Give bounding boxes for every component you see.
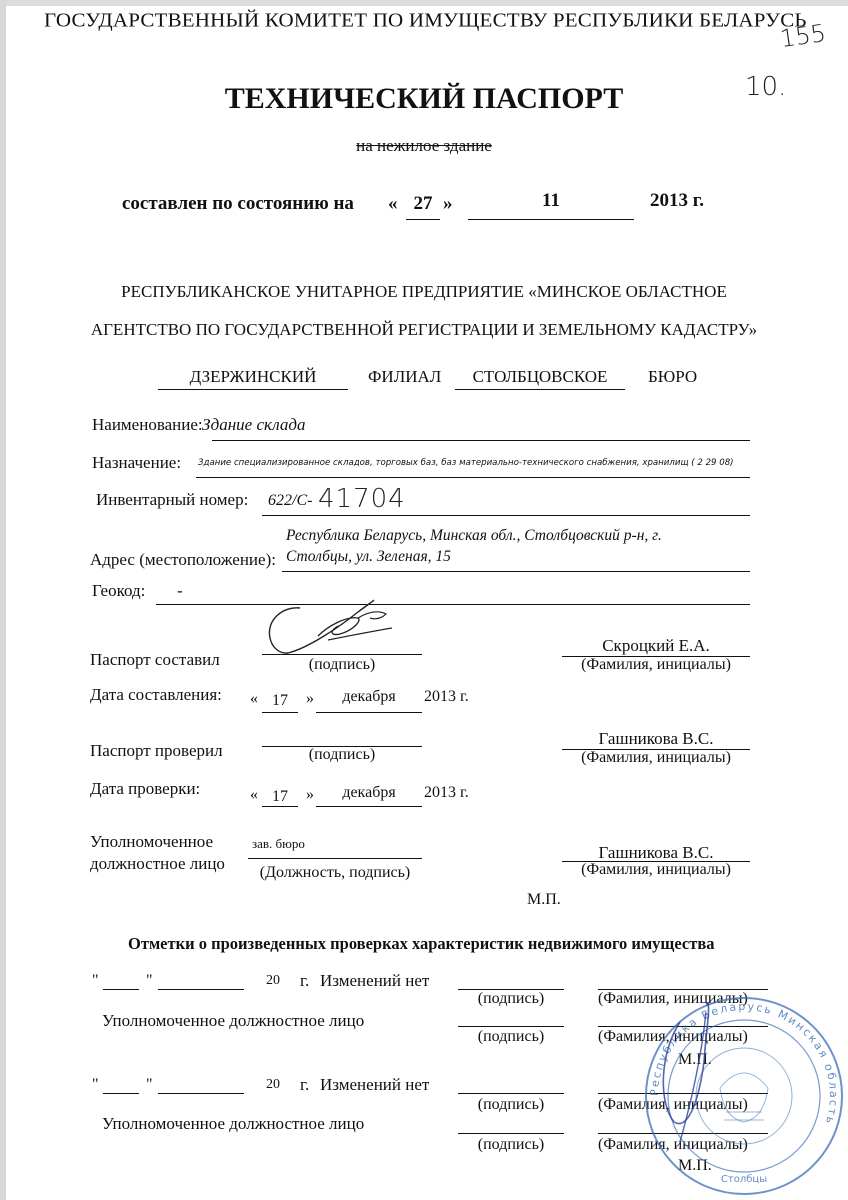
inspection-1-official-label: Уполномоченное должностное лицо (102, 1011, 364, 1031)
geocode-value: - (177, 581, 183, 601)
inspection-2-month-line (158, 1093, 244, 1094)
inspection-2-official-signature-line (458, 1133, 564, 1134)
stamp-outer-text: Республика Беларусь Минская область (648, 1000, 840, 1127)
document-title: ТЕХНИЧЕСКИЙ ПАСПОРТ (0, 82, 848, 116)
checked-by-name: Гашникова В.С. (562, 729, 750, 749)
as-of-day-field: 27 (406, 193, 440, 215)
inspection-2-year-suffix: г. (300, 1075, 309, 1095)
inspection-2-official-label: Уполномоченное должностное лицо (102, 1114, 364, 1134)
purpose-underline (196, 477, 750, 478)
branch-label: ФИЛИАЛ (368, 367, 441, 387)
inspection-1-signature-caption: (подпись) (458, 990, 564, 1008)
svg-text:Республика Беларусь Минская об: Республика Беларусь Минская область (648, 1000, 840, 1127)
purpose-value: Здание специализированное складов, торго… (198, 458, 734, 468)
inspection-2-century: 20 (266, 1077, 280, 1093)
compiled-date-month: декабря (316, 688, 422, 706)
close-quote: » (443, 193, 453, 215)
official-name: Гашникова В.С. (562, 843, 750, 863)
compiled-date-year: 2013 г. (424, 688, 469, 706)
checked-date-day: 17 (262, 788, 298, 806)
stamp-bottom-text: Столбцы (721, 1174, 767, 1185)
checked-month-underline (316, 806, 422, 807)
as-of-year: 2013 г. (650, 190, 704, 212)
inspection-1-year-suffix: г. (300, 971, 309, 991)
bureau-label: БЮРО (648, 367, 697, 387)
inspection-2-signature-caption: (подпись) (458, 1096, 564, 1114)
official-position-line (248, 858, 422, 859)
inventory-handwritten-number: 41704 (318, 484, 406, 514)
checked-name-caption: (Фамилия, инициалы) (562, 749, 750, 767)
official-position: зав. бюро (252, 836, 305, 852)
name-value: Здание склада (202, 415, 306, 435)
checked-date-label: Дата проверки: (90, 779, 200, 799)
inspection-1-official-signature-caption: (подпись) (458, 1028, 564, 1046)
geocode-underline (156, 604, 750, 605)
inspection-2-signature-line (458, 1093, 564, 1094)
inspection-2-status: Изменений нет (320, 1075, 429, 1095)
inventory-label: Инвентарный номер: (96, 490, 248, 510)
compiled-signature-caption: (подпись) (262, 656, 422, 674)
address-line-1: Республика Беларусь, Минская обл., Столб… (286, 527, 662, 545)
inspection-2-day-line (103, 1093, 139, 1094)
compiled-date-day: 17 (262, 692, 298, 710)
official-label-line-1: Уполномоченное (90, 832, 213, 852)
signature-compiled (258, 598, 418, 660)
inventory-prefix: 622/С- (268, 492, 312, 510)
name-underline (212, 440, 750, 441)
branch-name: ДЗЕРЖИНСКИЙ (158, 367, 348, 387)
organization-line-2: АГЕНТСТВО ПО ГОСУДАРСТВЕННОЙ РЕГИСТРАЦИИ… (0, 320, 848, 340)
inspection-1-month-line (158, 989, 244, 990)
organization-line-1: РЕСПУБЛИКАНСКОЕ УНИТАРНОЕ ПРЕДПРИЯТИЕ «М… (0, 282, 848, 302)
purpose-label: Назначение: (92, 453, 181, 473)
seal-mark: М.П. (527, 891, 561, 909)
compiled-by-name: Скроцкий Е.А. (562, 636, 750, 656)
inspections-heading: Отметки о произведенных проверках характ… (128, 934, 714, 954)
committee-header: ГОСУДАРСТВЕННЫЙ КОМИТЕТ ПО ИМУЩЕСТВУ РЕС… (44, 9, 807, 33)
official-name-caption: (Фамилия, инициалы) (562, 861, 750, 879)
checked-day-underline (262, 806, 298, 807)
as-of-label: составлен по состоянию на (122, 193, 354, 215)
official-stamp-icon: Республика Беларусь Минская область Стол… (640, 992, 848, 1200)
checked-signature-caption: (подпись) (262, 746, 422, 764)
bureau-underline (455, 389, 625, 390)
compiled-date-label: Дата составления: (90, 685, 222, 705)
compiled-signature-line (262, 654, 422, 655)
compiled-by-label: Паспорт составил (90, 650, 220, 670)
compiled-name-caption: (Фамилия, инициалы) (562, 656, 750, 674)
as-of-month-field: 11 (468, 190, 634, 212)
inspection-1-official-signature-line (458, 1026, 564, 1027)
inspection-1-status: Изменений нет (320, 971, 429, 991)
address-line-2: Столбцы, ул. Зеленая, 15 (286, 548, 451, 566)
compiled-month-underline (316, 712, 422, 713)
checked-date-year: 2013 г. (424, 784, 469, 802)
compiled-day-underline (262, 712, 298, 713)
scan-edge-top (0, 0, 848, 6)
day-underline (406, 219, 440, 220)
name-label: Наименование: (92, 415, 203, 435)
branch-underline (158, 389, 348, 390)
month-underline (468, 219, 634, 220)
official-position-caption: (Должность, подпись) (248, 864, 422, 882)
address-underline (282, 571, 750, 572)
inspection-2-official-signature-caption: (подпись) (458, 1136, 564, 1154)
geocode-label: Геокод: (92, 581, 145, 601)
checked-date-month: декабря (316, 784, 422, 802)
document-subtitle-struck: на нежилое здание (0, 136, 848, 156)
checked-by-label: Паспорт проверил (90, 741, 223, 761)
inspection-1-day-line (103, 989, 139, 990)
scan-edge-left (0, 0, 6, 1200)
inspection-1-century: 20 (266, 973, 280, 989)
inventory-underline (262, 515, 750, 516)
handwritten-page-number: 155 (778, 19, 827, 53)
bureau-name: СТОЛБЦОВСКОЕ (455, 367, 625, 387)
open-quote: « (388, 193, 398, 215)
address-label: Адрес (местоположение): (90, 550, 276, 570)
official-label-line-2: должностное лицо (90, 854, 225, 874)
